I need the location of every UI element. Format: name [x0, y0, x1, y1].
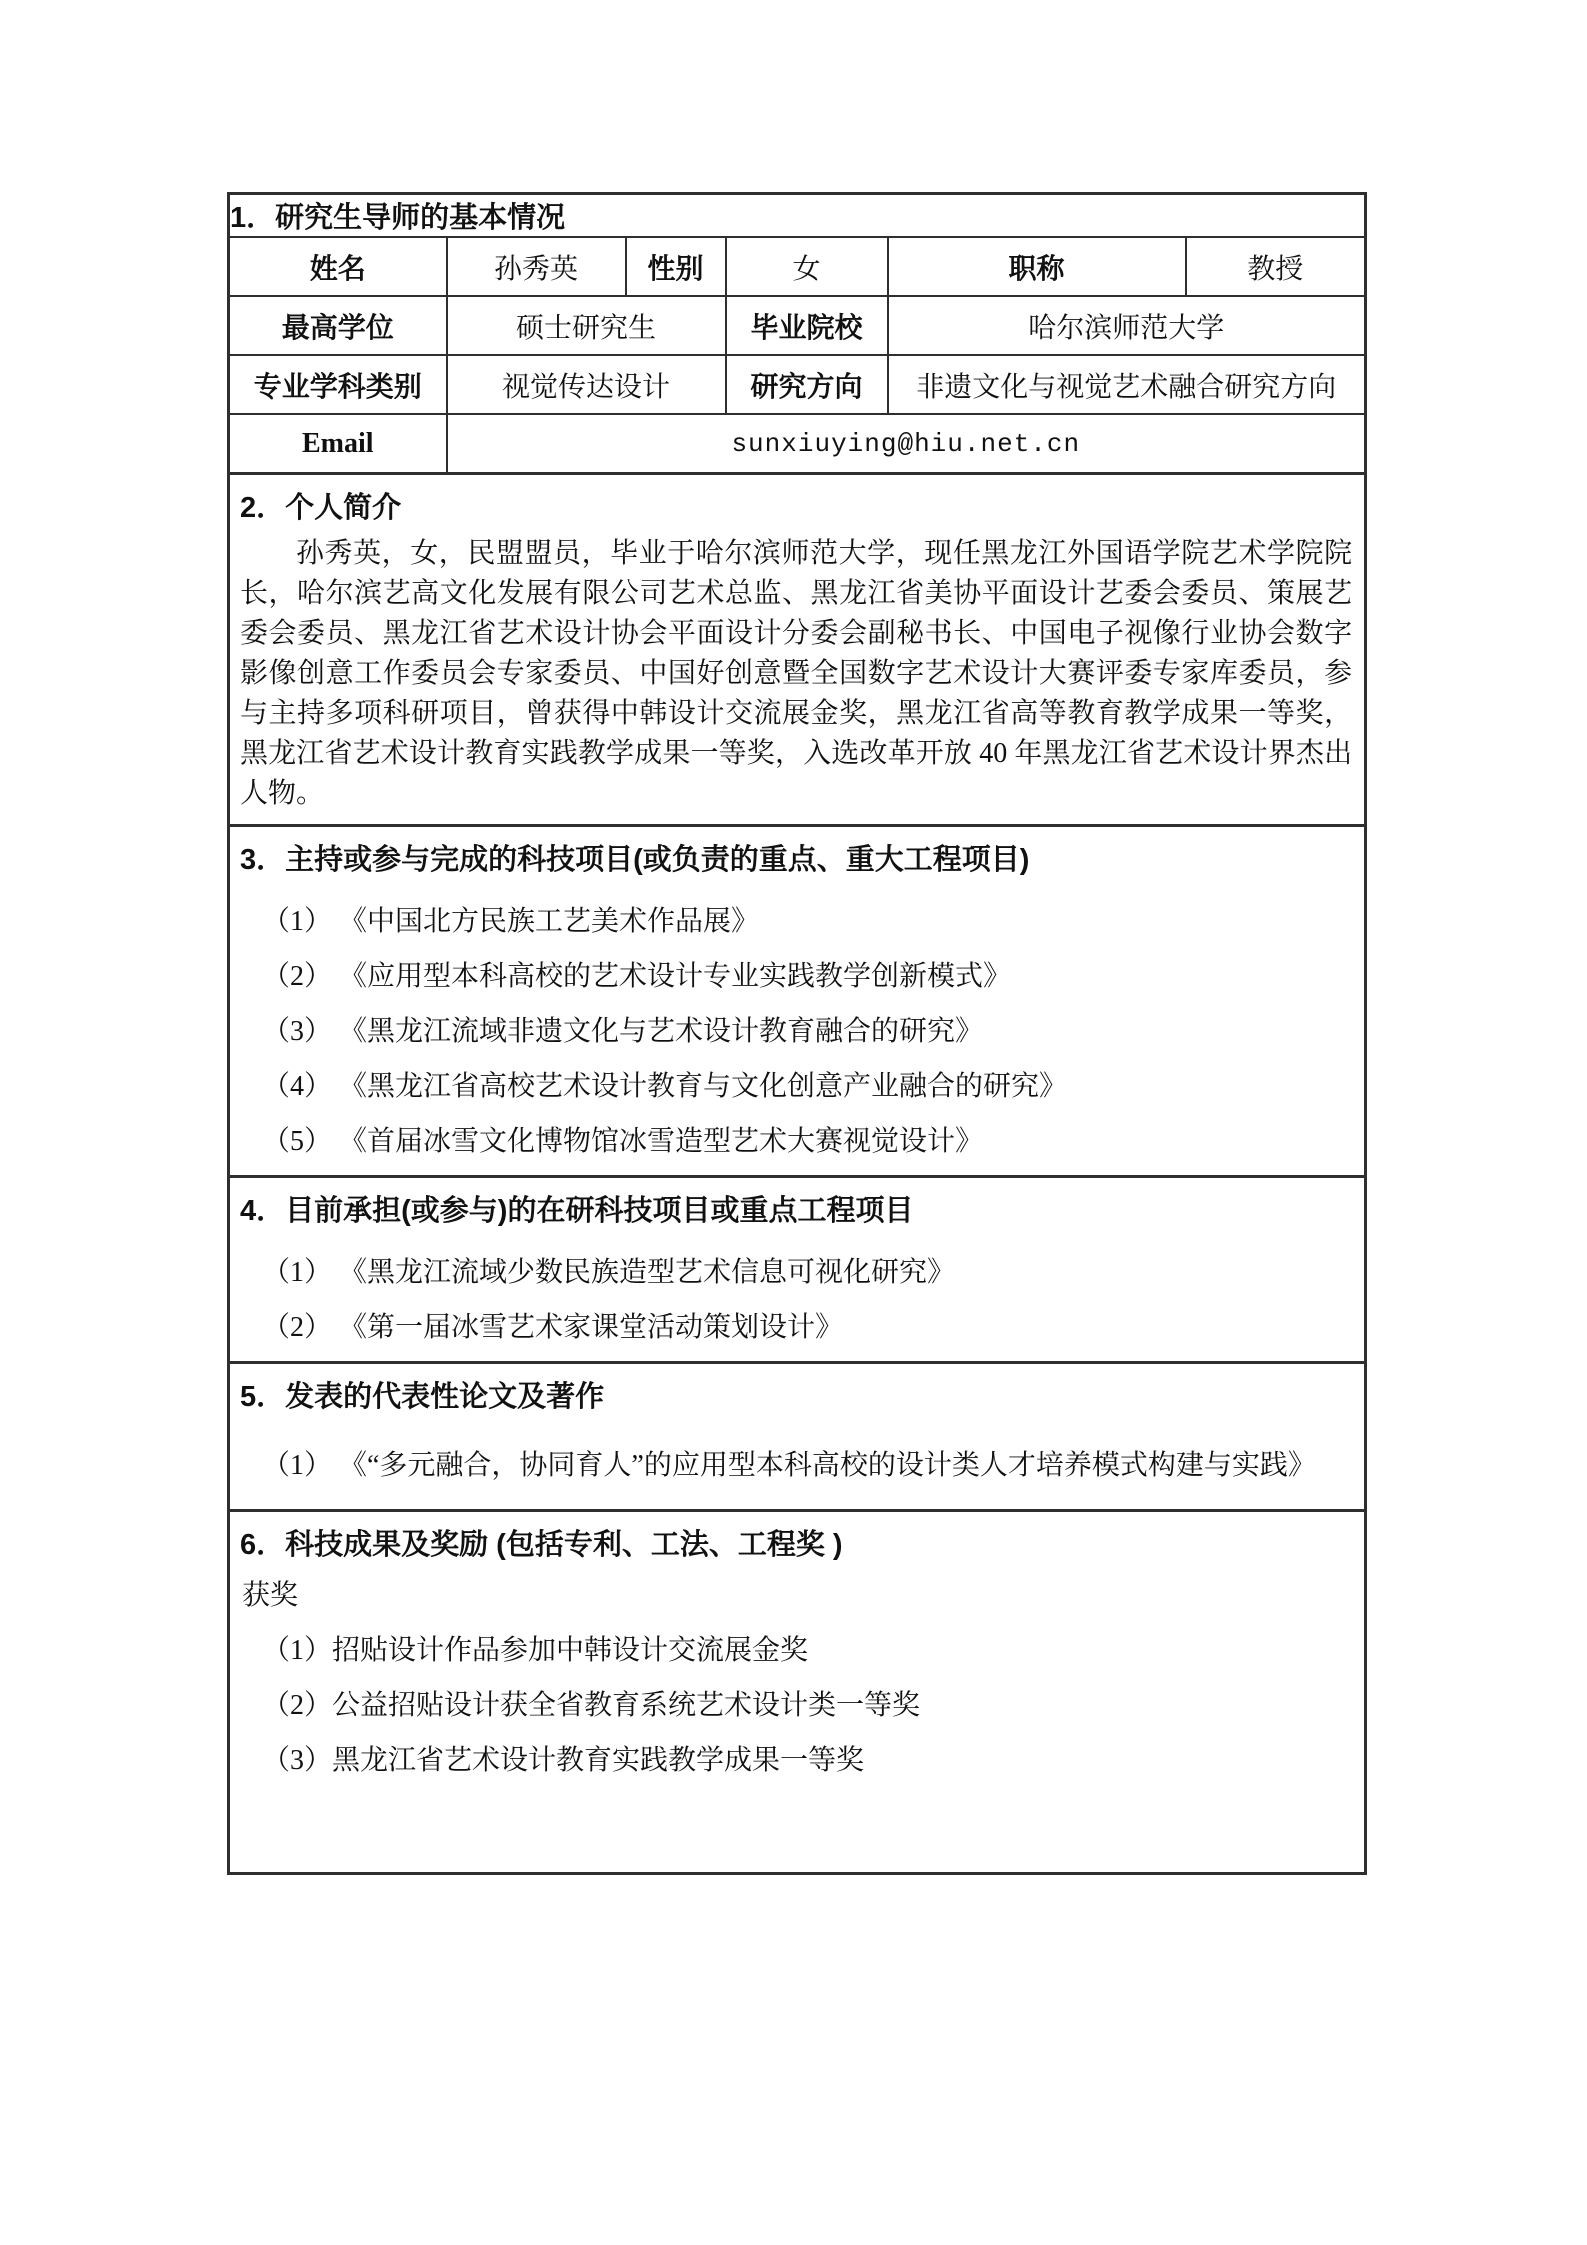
research-direction-label: 研究方向 — [726, 355, 888, 414]
list-item: （2） 《第一届冰雪艺术家课堂活动策划设计》 — [262, 1309, 1354, 1347]
name-label: 姓名 — [229, 237, 447, 296]
research-direction-value: 非遗文化与视觉艺术融合研究方向 — [888, 355, 1366, 414]
supervisor-info-table: 1．研究生导师的基本情况 姓名 孙秀英 性别 女 职称 教授 最高学位 硕士研究… — [227, 192, 1367, 1875]
section4-row: 4．目前承担(或参与)的在研科技项目或重点工程项目 （1） 《黑龙江流域少数民族… — [229, 1177, 1366, 1363]
section3-item-list: （1） 《中国北方民族工艺美术作品展》 （2） 《应用型本科高校的艺术设计专业实… — [230, 884, 1364, 1175]
list-item: （1）招贴设计作品参加中韩设计交流展金奖 — [262, 1632, 1354, 1670]
info-row-email: Email sunxiuying@hiu.net.cn — [229, 414, 1366, 474]
section5-title: 5．发表的代表性论文及著作 — [230, 1364, 1364, 1421]
section5-row: 5．发表的代表性论文及著作 （1） 《“多元融合，协同育人”的应用型本科高校的设… — [229, 1363, 1366, 1511]
section2-title: 2．个人简介 — [230, 475, 1364, 532]
section6-item-list: 获奖 （1）招贴设计作品参加中韩设计交流展金奖 （2）公益招贴设计获全省教育系统… — [230, 1569, 1364, 1872]
list-item: （1） 《“多元融合，协同育人”的应用型本科高校的设计类人才培养模式构建与实践》 — [262, 1447, 1354, 1485]
info-row-discipline: 专业学科类别 视觉传达设计 研究方向 非遗文化与视觉艺术融合研究方向 — [229, 355, 1366, 414]
section4-item-list: （1） 《黑龙江流域少数民族造型艺术信息可视化研究》 （2） 《第一届冰雪艺术家… — [230, 1235, 1364, 1361]
discipline-label: 专业学科类别 — [229, 355, 447, 414]
title-label: 职称 — [888, 237, 1186, 296]
section1-title: 1．研究生导师的基本情况 — [229, 194, 1366, 238]
section6-row: 6．科技成果及奖励 (包括专利、工法、工程奖 ) 获奖 （1）招贴设计作品参加中… — [229, 1511, 1366, 1874]
section3-row: 3．主持或参与完成的科技项目(或负责的重点、重大工程项目) （1） 《中国北方民… — [229, 826, 1366, 1177]
section3-title: 3．主持或参与完成的科技项目(或负责的重点、重大工程项目) — [230, 827, 1364, 884]
section1-title-row: 1．研究生导师的基本情况 — [229, 194, 1366, 238]
alma-mater-label: 毕业院校 — [726, 296, 888, 355]
email-label: Email — [229, 414, 447, 474]
list-item: （2） 《应用型本科高校的艺术设计专业实践教学创新模式》 — [262, 958, 1354, 996]
info-row-degree: 最高学位 硕士研究生 毕业院校 哈尔滨师范大学 — [229, 296, 1366, 355]
list-item: （3）黑龙江省艺术设计教育实践教学成果一等奖 — [262, 1742, 1354, 1780]
document-page: 1．研究生导师的基本情况 姓名 孙秀英 性别 女 职称 教授 最高学位 硕士研究… — [0, 0, 1587, 2245]
list-item: （4） 《黑龙江省高校艺术设计教育与文化创意产业融合的研究》 — [262, 1068, 1354, 1106]
section2-paragraph: 孙秀英，女，民盟盟员，毕业于哈尔滨师范大学，现任黑龙江外国语学院艺术学院院长，哈… — [230, 532, 1364, 824]
degree-value: 硕士研究生 — [447, 296, 726, 355]
title-value: 教授 — [1186, 237, 1366, 296]
list-item: （2）公益招贴设计获全省教育系统艺术设计类一等奖 — [262, 1687, 1354, 1725]
list-item: （1） 《黑龙江流域少数民族造型艺术信息可视化研究》 — [262, 1254, 1354, 1292]
name-value: 孙秀英 — [447, 237, 626, 296]
gender-label: 性别 — [626, 237, 726, 296]
info-row-name: 姓名 孙秀英 性别 女 职称 教授 — [229, 237, 1366, 296]
awards-sublabel: 获奖 — [242, 1577, 1354, 1615]
degree-label: 最高学位 — [229, 296, 447, 355]
section4-title: 4．目前承担(或参与)的在研科技项目或重点工程项目 — [230, 1178, 1364, 1235]
section2-row: 2．个人简介 孙秀英，女，民盟盟员，毕业于哈尔滨师范大学，现任黑龙江外国语学院艺… — [229, 474, 1366, 826]
list-item: （1） 《中国北方民族工艺美术作品展》 — [262, 903, 1354, 941]
list-item: （3） 《黑龙江流域非遗文化与艺术设计教育融合的研究》 — [262, 1013, 1354, 1051]
alma-mater-value: 哈尔滨师范大学 — [888, 296, 1366, 355]
discipline-value: 视觉传达设计 — [447, 355, 726, 414]
section6-title: 6．科技成果及奖励 (包括专利、工法、工程奖 ) — [230, 1512, 1364, 1569]
blank-space — [240, 1780, 1354, 1858]
section5-item-list: （1） 《“多元融合，协同育人”的应用型本科高校的设计类人才培养模式构建与实践》 — [230, 1421, 1364, 1509]
gender-value: 女 — [726, 237, 888, 296]
email-value: sunxiuying@hiu.net.cn — [447, 414, 1366, 474]
list-item: （5） 《首届冰雪文化博物馆冰雪造型艺术大赛视觉设计》 — [262, 1123, 1354, 1161]
